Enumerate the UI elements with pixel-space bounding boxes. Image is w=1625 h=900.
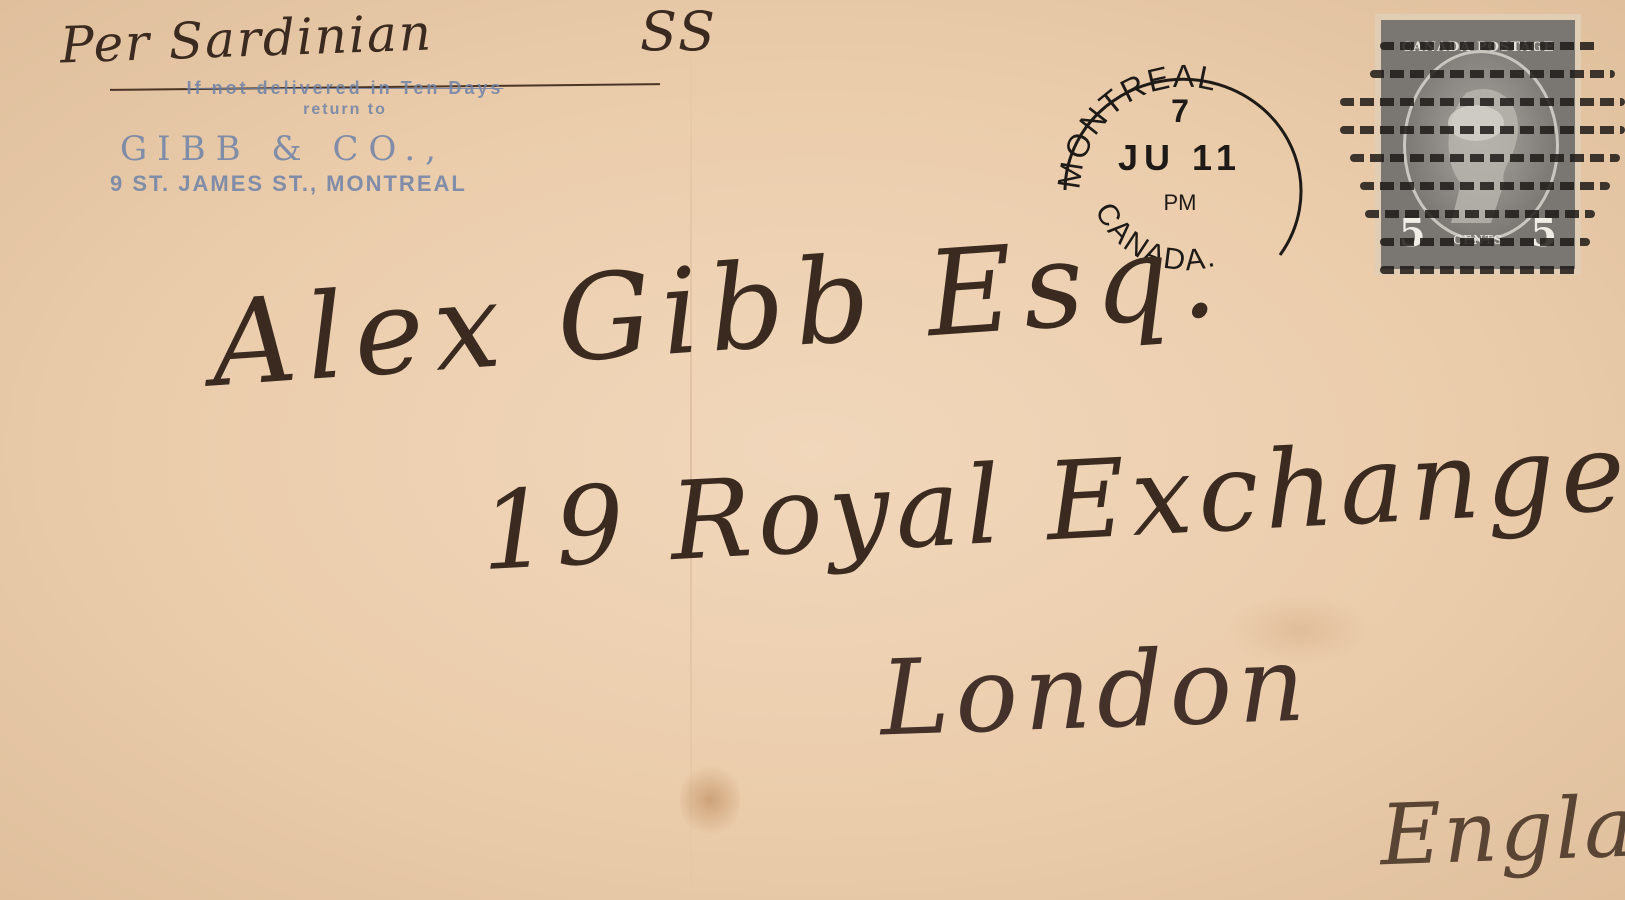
return-stamp-company: GIBB & CO., <box>110 129 580 169</box>
svg-text:7: 7 <box>1171 93 1189 129</box>
recipient-name: Alex Gibb Esq. <box>206 205 1230 414</box>
forwarding-note: Per Sardinian <box>59 4 434 75</box>
envelope: Per Sardinian SS If not delivered in Ten… <box>0 0 1625 900</box>
return-stamp-line-2: return to <box>110 101 580 119</box>
recipient-country: England <box>1378 774 1625 885</box>
recipient-city: London <box>878 623 1313 760</box>
return-stamp-line-1: If not delivered in Ten Days <box>110 78 580 99</box>
return-stamp-address: 9 ST. JAMES ST., MONTREAL <box>110 171 580 197</box>
cancellation-bars <box>1340 40 1625 280</box>
forwarding-note-suffix: SS <box>640 0 717 63</box>
fold-crease <box>690 0 692 900</box>
svg-text:JU 11: JU 11 <box>1118 137 1242 178</box>
return-address-stamp: If not delivered in Ten Days return to G… <box>110 78 580 197</box>
recipient-street: 19 Royal Exchange <box>478 410 1625 595</box>
paper-stain <box>680 760 740 840</box>
